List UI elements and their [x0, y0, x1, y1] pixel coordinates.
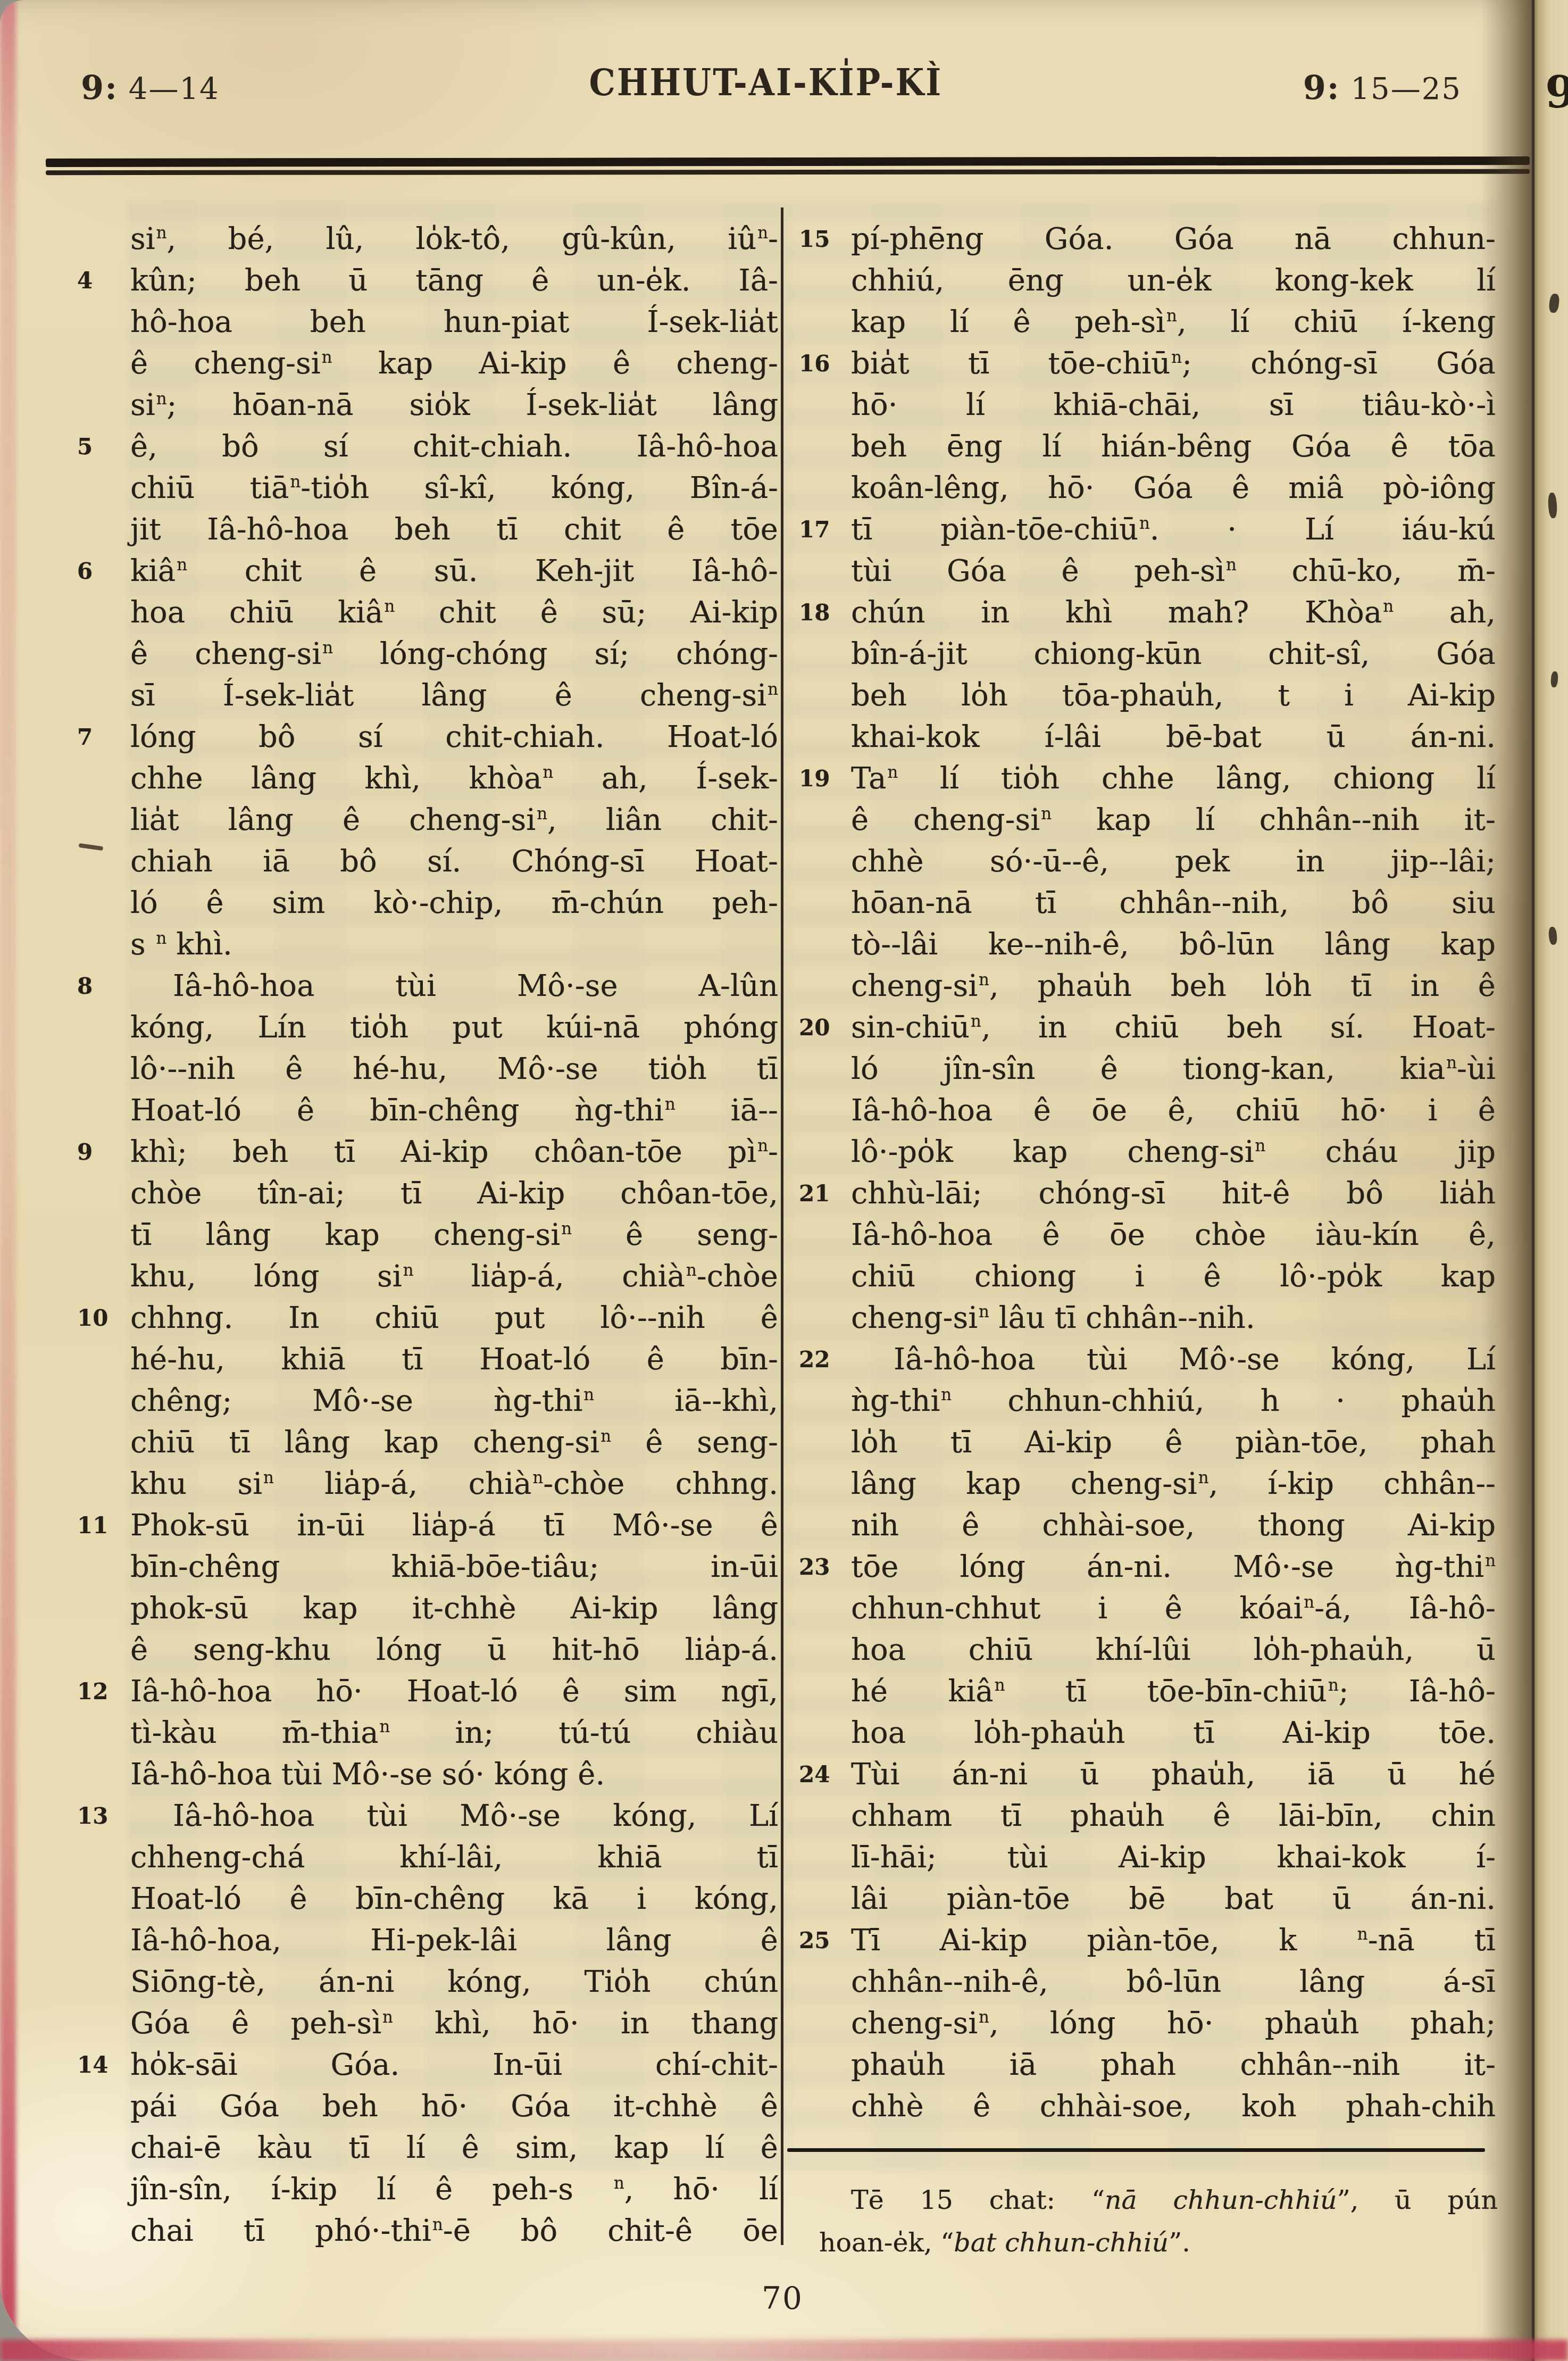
text-line: chhân--nih-ê, bô-lūn lâng á-sī — [851, 1961, 1496, 2003]
text-line: chhe lâng khì, khòan ah, Í-sek- — [130, 758, 778, 800]
line-text: cheng-sin, lóng hō· phau̍h phah; — [851, 2006, 1496, 2041]
text-line: chai-ē kàu tī lí ê sim, kap lí ê — [130, 2127, 778, 2169]
text-line: Iâ-hô-hoa ê ōe chòe iàu-kín ê, — [851, 1215, 1496, 1256]
text-line: ê cheng-sin lóng-chóng sí; chóng- — [130, 634, 778, 675]
line-text: s n khì. — [130, 927, 232, 962]
text-line: ê cheng-sin kap lí chhân--nih it- — [851, 800, 1496, 841]
text-line: 7lóng bô sí chit-chiah. Hoat-ló — [130, 717, 778, 758]
line-text: hé-hu, khiā tī Hoat-ló ê bīn- — [130, 1342, 778, 1377]
verse-number: 15 — [799, 221, 844, 258]
verse-number: 5 — [77, 428, 122, 465]
line-text: lo̍h tī Ai-kip ê piàn-tōe, phah — [851, 1425, 1496, 1460]
line-text: Hoat-ló ê bīn-chêng kā i kóng, — [130, 1882, 778, 1916]
text-line: hoa lo̍h-phau̍h tī Ai-kip tōe. — [851, 1712, 1496, 1754]
line-text: lô·--nih ê hé-hu, Mô·-se tio̍h tī — [130, 1052, 778, 1086]
line-text: chiū tiān-tio̍h sî-kî, kóng, Bîn-á- — [130, 471, 778, 505]
verse-number: 18 — [799, 594, 844, 631]
superscript-n: n — [757, 223, 768, 243]
line-text: chêng; Mô·-se ǹg-thin iā--khì, — [130, 1384, 778, 1418]
line-text: lô·-po̍k kap cheng-sin cháu jip — [851, 1135, 1496, 1169]
line-text: ê cheng-sin kap lí chhân--nih it- — [851, 803, 1496, 837]
column-divider — [781, 207, 783, 2245]
line-text: ê cheng-sin kap Ai-kip ê cheng- — [130, 346, 778, 381]
superscript-n: n — [757, 1136, 768, 1155]
text-line: Hoat-ló ê bīn-chêng kā i kóng, — [130, 1878, 778, 1920]
text-line: chhiú, ēng un-e̍k kong-kek lí — [851, 260, 1496, 302]
line-text: Iâ-hô-hoa ê ōe ê, chiū hō· i ê — [851, 1093, 1496, 1128]
line-text: koân-lêng, hō· Góa ê miâ pò-iông — [851, 471, 1496, 505]
line-text: chhè ê chhài-soe, koh phah-chih — [851, 2089, 1496, 2124]
line-text: pí-phēng Góa. Góa nā chhun- — [851, 222, 1496, 256]
text-line: 14ho̍k-sāi Góa. In-ūi chí-chit- — [130, 2044, 778, 2086]
superscript-n: n — [432, 2215, 443, 2234]
superscript-n: n — [1328, 1676, 1339, 1695]
superscript-n: n — [971, 1012, 981, 1031]
text-line: tì-kàu m̄-thian in; tú-tú chiàu — [130, 1712, 778, 1754]
text-line: 4kûn; beh ū tāng ê un-e̍k. Iâ- — [130, 260, 778, 302]
line-text: Tī Ai-kip piàn-tōe, k n-nā tī — [851, 1923, 1496, 1958]
superscript-n: n — [768, 680, 778, 699]
line-text: ló jîn-sîn ê tiong-kan, kian-ùi — [851, 1052, 1496, 1086]
chapter-verse-ref-right: 9: 15—25 — [1303, 68, 1462, 107]
text-line: 15pí-phēng Góa. Góa nā chhun- — [851, 219, 1496, 260]
partial-glyph — [1547, 493, 1557, 519]
superscript-n: n — [543, 763, 554, 782]
line-text: hô-hoa beh hun-piat Í-sek-lia̍t — [130, 305, 778, 339]
line-text: tī piàn-tōe-chiūn. · Lí iáu-kú — [851, 512, 1496, 547]
superscript-n: n — [1357, 1925, 1368, 1944]
text-line: s n khì. — [130, 924, 778, 966]
page-edge-red-left — [0, 0, 16, 2361]
line-text: chhù-lāi; chóng-sī hit-ê bô lia̍h — [851, 1176, 1496, 1211]
text-line: 24Tùi án-ni ū phau̍h, iā ū hé — [851, 1754, 1496, 1795]
text-line: chiū chiong i ê lô·-po̍k kap — [851, 1256, 1496, 1298]
line-text: lóng bô sí chit-chiah. Hoat-ló — [130, 720, 778, 754]
line-text: sin; hōan-nā sio̍k Í-sek-lia̍t lâng — [130, 388, 778, 422]
superscript-n: n — [537, 804, 547, 824]
superscript-n: n — [532, 1468, 543, 1487]
line-text: Iâ-hô-hoa ê ōe chòe iàu-kín ê, — [851, 1218, 1496, 1252]
line-text: bia̍t tī tōe-chiūn; chóng-sī Góa — [851, 346, 1496, 381]
line-text: Iâ-hô-hoa tùi Mô·-se kóng, Lí — [173, 1799, 778, 1833]
text-line: khai-kok í-lâi bē-bat ū án-ni. — [851, 717, 1496, 758]
text-line: chiū tiān-tio̍h sî-kî, kóng, Bîn-á- — [130, 468, 778, 509]
chapter-verse-ref-left: 9: 4—14 — [81, 68, 220, 107]
text-line: 22Iâ-hô-hoa tùi Mô·-se kóng, Lí — [851, 1339, 1496, 1381]
text-line: 19Tan lí tio̍h chhe lâng, chiong lí — [851, 758, 1496, 800]
superscript-n: n — [290, 472, 301, 492]
page-number: 70 — [762, 2280, 803, 2316]
superscript-n: n — [995, 1676, 1005, 1695]
ink-speck — [79, 843, 104, 851]
text-line: Iâ-hô-hoa ê ōe ê, chiū hō· i ê — [851, 1090, 1496, 1132]
text-line: beh ēng lí hián-bêng Góa ê tōa — [851, 426, 1496, 468]
line-text: tùi Góa ê peh-sìn chū-ko, m̄- — [851, 554, 1496, 588]
footnote: Tē 15 chat: “nā chhun-chhiú”, ū púnhoan-… — [819, 2179, 1498, 2264]
text-line: chhè só·-ū--ê, pek in jip--lâi; — [851, 841, 1496, 883]
superscript-n: n — [979, 1302, 989, 1321]
line-text: hō· lí khiā-chāi, sī tiâu-kò·-ì — [851, 388, 1496, 422]
footnote-line: Tē 15 chat: “nā chhun-chhiú”, ū pún — [819, 2179, 1498, 2222]
superscript-n: n — [979, 2008, 989, 2027]
verse-number: 7 — [77, 719, 122, 756]
verse-number: 25 — [799, 1922, 844, 1959]
line-text: Iâ-hô-hoa tùi Mô·-se kóng, Lí — [894, 1342, 1496, 1377]
verse-number: 10 — [77, 1300, 122, 1337]
verse-number: 12 — [77, 1673, 122, 1710]
text-line: ê cheng-sin kap Ai-kip ê cheng- — [130, 343, 778, 385]
line-text: Tan lí tio̍h chhe lâng, chiong lí — [851, 761, 1496, 796]
line-text: tōe lóng án-ni. Mô·-se ǹg-thin — [851, 1550, 1496, 1584]
text-line: kap lí ê peh-sìn, lí chiū í-keng — [851, 302, 1496, 343]
superscript-n: n — [1383, 597, 1394, 616]
text-line: cheng-sin, lóng hō· phau̍h phah; — [851, 2003, 1496, 2044]
ref-range: 4—14 — [129, 72, 220, 106]
line-text: lia̍t lâng ê cheng-sin, liân chit- — [130, 803, 778, 837]
verse-number: 16 — [799, 345, 844, 383]
line-text: chiah iā bô sí. Chóng-sī Hoat- — [130, 844, 778, 879]
line-text: bîn-á-jit chiong-kūn chit-sî, Góa — [851, 637, 1496, 671]
line-text: tī lâng kap cheng-sin ê seng- — [130, 1218, 778, 1252]
text-line: tùi Góa ê peh-sìn chū-ko, m̄- — [851, 551, 1496, 592]
line-text: Iâ-hô-hoa tùi Mô·-se só· kóng ê. — [130, 1757, 605, 1792]
superscript-n: n — [1198, 1468, 1209, 1487]
text-line: lī-hāi; tùi Ai-kip khai-kok í- — [851, 1837, 1496, 1878]
text-line: 9khì; beh tī Ai-kip chôan-tōe pìn- — [130, 1132, 778, 1173]
line-text: Iâ-hô-hoa tùi Mô·-se A-lûn — [173, 969, 778, 1003]
header-rule-line — [46, 156, 1530, 167]
footnote-rule — [787, 2148, 1485, 2152]
text-line: jit Iâ-hô-hoa beh tī chit ê tōe — [130, 509, 778, 551]
superscript-n: n — [583, 1385, 594, 1404]
line-text: lâng kap cheng-sin, í-kip chhân-- — [851, 1467, 1496, 1501]
text-line: nih ê chhài-soe, thong Ai-kip — [851, 1505, 1496, 1547]
superscript-n: n — [1041, 804, 1052, 824]
text-line: koân-lêng, hō· Góa ê miâ pò-iông — [851, 468, 1496, 509]
line-text: cheng-sin, phau̍h beh lo̍h tī in ê — [851, 969, 1496, 1003]
text-line: ǹg-thin chhun-chhiú, h · phau̍h — [851, 1381, 1496, 1422]
text-line: hé-hu, khiā tī Hoat-ló ê bīn- — [130, 1339, 778, 1381]
text-line: sin, bé, lû, lo̍k-tô, gû-kûn, iûn- — [130, 219, 778, 260]
superscript-n: n — [941, 1385, 952, 1404]
superscript-n: n — [322, 638, 333, 658]
text-line: pái Góa beh hō· Góa it-chhè ê — [130, 2086, 778, 2127]
line-text: chòe tîn-ai; tī Ai-kip chôan-tōe, — [130, 1176, 778, 1211]
line-text: sin, bé, lû, lo̍k-tô, gû-kûn, iûn- — [130, 222, 778, 256]
footnote-line: hoan-e̍k, “bat chhun-chhiú”. — [819, 2222, 1498, 2264]
line-text: nih ê chhài-soe, thong Ai-kip — [851, 1508, 1496, 1543]
next-page-edge: 9 — [1532, 0, 1568, 2361]
superscript-n: n — [263, 1468, 274, 1487]
line-text: phau̍h iā phah chhân--nih it- — [851, 2048, 1496, 2082]
text-line: hoa chiū kiân chit ê sū; Ai-kip — [130, 592, 778, 634]
superscript-n: n — [384, 597, 395, 616]
ref-range: 15—25 — [1350, 72, 1462, 106]
line-text: sī Í-sek-lia̍t lâng ê cheng-sin — [130, 678, 778, 713]
partial-glyph — [1548, 293, 1560, 313]
superscript-n: n — [561, 1219, 572, 1238]
line-text: chhiú, ēng un-e̍k kong-kek lí — [851, 263, 1496, 298]
text-line: lâi piàn-tōe bē bat ū án-ni. — [851, 1878, 1496, 1920]
superscript-n: n — [382, 2008, 393, 2027]
line-text: hoa chiū khí-lûi lo̍h-phau̍h, ū — [851, 1633, 1496, 1667]
line-text: ho̍k-sāi Góa. In-ūi chí-chit- — [130, 2048, 778, 2082]
line-text: ê seng-khu lóng ū hit-hō lia̍p-á. — [130, 1633, 778, 1667]
text-line: chham tī phau̍h ê lāi-bīn, chin — [851, 1795, 1496, 1837]
line-text: hoa lo̍h-phau̍h tī Ai-kip tōe. — [851, 1716, 1496, 1750]
text-line: Iâ-hô-hoa, Hi-pek-lâi lâng ê — [130, 1920, 778, 1961]
line-text: bīn-chêng khiā-bōe-tiâu; in-ūi — [130, 1550, 778, 1584]
header-rule-line — [46, 169, 1530, 175]
text-line: 12Iâ-hô-hoa hō· Hoat-ló ê sim ngī, — [130, 1671, 778, 1712]
text-line: 8Iâ-hô-hoa tùi Mô·-se A-lûn — [130, 966, 778, 1007]
book-page: 9: 4—14 CHHUT-AI-KI̍P-KÌ 9: 15—25 sin, b… — [0, 0, 1532, 2361]
superscript-n: n — [156, 389, 167, 409]
line-text: ǹg-thin chhun-chhiú, h · phau̍h — [851, 1384, 1496, 1418]
line-text: tò--lâi ke--nih-ê, bô-lūn lâng kap — [851, 927, 1496, 962]
verse-number: 17 — [799, 511, 844, 548]
text-line: lô·-po̍k kap cheng-sin cháu jip — [851, 1132, 1496, 1173]
text-line: chheng-chá khí-lâi, khiā tī — [130, 1837, 778, 1878]
text-line: lâng kap cheng-sin, í-kip chhân-- — [851, 1464, 1496, 1505]
text-line: lo̍h tī Ai-kip ê piàn-tōe, phah — [851, 1422, 1496, 1464]
text-line: 6kiân chit ê sū. Keh-jit Iâ-hô- — [130, 551, 778, 592]
verse-number: 8 — [77, 968, 122, 1005]
line-text: jit Iâ-hô-hoa beh tī chit ê tōe — [130, 512, 778, 547]
text-line: jîn-sîn, í-kip lí ê peh-s n, hō· lí — [130, 2169, 778, 2210]
verse-number: 22 — [799, 1341, 844, 1378]
verse-number: 21 — [799, 1175, 844, 1212]
partial-glyph — [1548, 926, 1557, 945]
line-text: tì-kàu m̄-thian in; tú-tú chiàu — [130, 1716, 778, 1750]
text-line: chhun-chhut i ê kóain-á, Iâ-hô- — [851, 1588, 1496, 1630]
line-text: sin-chiūn, in chiū beh sí. Hoat- — [851, 1010, 1496, 1045]
text-line: cheng-sin lâu tī chhân--nih. — [851, 1298, 1496, 1339]
text-line: khu sin lia̍p-á, chiàn-chòe chhng. — [130, 1464, 778, 1505]
superscript-n: n — [322, 348, 332, 367]
text-line: bîn-á-jit chiong-kūn chit-sî, Góa — [851, 634, 1496, 675]
text-line: lô·--nih ê hé-hu, Mô·-se tio̍h tī — [130, 1049, 778, 1090]
text-line: bīn-chêng khiā-bōe-tiâu; in-ūi — [130, 1547, 778, 1588]
superscript-n: n — [156, 223, 167, 243]
text-line: chêng; Mô·-se ǹg-thin iā--khì, — [130, 1381, 778, 1422]
text-line: chhè ê chhài-soe, koh phah-chih — [851, 2086, 1496, 2127]
next-page-header-fragment: 9 — [1545, 67, 1568, 118]
text-line: 20sin-chiūn, in chiū beh sí. Hoat- — [851, 1007, 1496, 1049]
line-text: chai-ē kàu tī lí ê sim, kap lí ê — [130, 2131, 778, 2165]
line-text: Iâ-hô-hoa, Hi-pek-lâi lâng ê — [130, 1923, 778, 1958]
line-text: beh lo̍h tōa-phau̍h, t i Ai-kip — [851, 678, 1496, 713]
text-column-right: 15pí-phēng Góa. Góa nā chhun-chhiú, ēng … — [851, 219, 1496, 2127]
text-line: khu, lóng sin lia̍p-á, chiàn-chòe — [130, 1256, 778, 1298]
line-text: kûn; beh ū tāng ê un-e̍k. Iâ- — [130, 263, 778, 298]
line-text: chhân--nih-ê, bô-lūn lâng á-sī — [851, 1965, 1496, 1999]
superscript-n: n — [403, 1261, 414, 1280]
line-text: chham tī phau̍h ê lāi-bīn, chin — [851, 1799, 1496, 1833]
superscript-n: n — [156, 929, 167, 948]
line-text: lī-hāi; tùi Ai-kip khai-kok í- — [851, 1840, 1496, 1875]
ref-chapter: 9: — [1303, 68, 1340, 107]
line-text: khì; beh tī Ai-kip chôan-tōe pìn- — [130, 1135, 778, 1169]
superscript-n: n — [380, 1717, 390, 1736]
scan-background: { "page": { "header": { "left_ref": { "c… — [0, 0, 1568, 2361]
text-line: tò--lâi ke--nih-ê, bô-lūn lâng kap — [851, 924, 1496, 966]
verse-number: 4 — [77, 262, 122, 300]
line-text: ê, bô sí chit-chiah. Iâ-hô-hoa — [130, 429, 778, 464]
line-text: hé kiân tī tōe-bīn-chiūn; Iâ-hô- — [851, 1674, 1496, 1709]
line-text: phok-sū kap it-chhè Ai-kip lâng — [130, 1591, 778, 1626]
text-line: phok-sū kap it-chhè Ai-kip lâng — [130, 1588, 778, 1630]
text-line: 17tī piàn-tōe-chiūn. · Lí iáu-kú — [851, 509, 1496, 551]
line-text: beh ēng lí hián-bêng Góa ê tōa — [851, 429, 1496, 464]
line-text: chai tī phó·-thin-ē bô chit-ê ōe — [130, 2214, 778, 2248]
text-line: cheng-sin, phau̍h beh lo̍h tī in ê — [851, 966, 1496, 1007]
line-text: jîn-sîn, í-kip lí ê peh-s n, hō· lí — [130, 2172, 778, 2207]
line-text: Tùi án-ni ū phau̍h, iā ū hé — [851, 1757, 1496, 1792]
line-text: chiū chiong i ê lô·-po̍k kap — [851, 1259, 1496, 1294]
line-text: ló ê sim kò·-chip, m̄-chún peh- — [130, 886, 778, 920]
text-line: 13Iâ-hô-hoa tùi Mô·-se kóng, Lí — [130, 1795, 778, 1837]
text-line: Góa ê peh-sìn khì, hō· in thang — [130, 2003, 778, 2044]
line-text: khu sin lia̍p-á, chiàn-chòe chhng. — [130, 1467, 778, 1501]
superscript-n: n — [1485, 1551, 1496, 1570]
line-text: khu, lóng sin lia̍p-á, chiàn-chòe — [130, 1259, 778, 1294]
line-text: Hoat-ló ê bīn-chêng ǹg-thin iā-- — [130, 1093, 778, 1128]
verse-number: 13 — [77, 1798, 122, 1835]
line-text: chún in khì mah? Khòan ah, — [851, 595, 1496, 630]
line-text: chhun-chhut i ê kóain-á, Iâ-hô- — [851, 1591, 1496, 1626]
line-text: chhng. In chiū put lô·--nih ê — [130, 1301, 778, 1335]
text-line: Iâ-hô-hoa tùi Mô·-se só· kóng ê. — [130, 1754, 778, 1795]
text-line: hōan-nā tī chhân--nih, bô siu — [851, 883, 1496, 924]
superscript-n: n — [1304, 1593, 1314, 1612]
superscript-n: n — [1255, 1136, 1266, 1155]
text-line: 16bia̍t tī tōe-chiūn; chóng-sī Góa — [851, 343, 1496, 385]
line-text: cheng-sin lâu tī chhân--nih. — [851, 1301, 1255, 1335]
line-text: khai-kok í-lâi bē-bat ū án-ni. — [851, 720, 1496, 754]
text-line: chai tī phó·-thin-ē bô chit-ê ōe — [130, 2210, 778, 2252]
text-line: phau̍h iā phah chhân--nih it- — [851, 2044, 1496, 2086]
superscript-n: n — [1226, 555, 1237, 575]
verse-number: 9 — [77, 1134, 122, 1171]
text-line: hô-hoa beh hun-piat Í-sek-lia̍t — [130, 302, 778, 343]
line-text: Iâ-hô-hoa hō· Hoat-ló ê sim ngī, — [130, 1674, 778, 1709]
line-text: kap lí ê peh-sìn, lí chiū í-keng — [851, 305, 1496, 339]
superscript-n: n — [614, 2174, 624, 2193]
superscript-n: n — [665, 1095, 675, 1114]
line-text: hoa chiū kiân chit ê sū; Ai-kip — [130, 595, 778, 630]
text-line: lia̍t lâng ê cheng-sin, liân chit- — [130, 800, 778, 841]
superscript-n: n — [177, 555, 187, 575]
line-text: pái Góa beh hō· Góa it-chhè ê — [130, 2089, 778, 2124]
text-line: 10chhng. In chiū put lô·--nih ê — [130, 1298, 778, 1339]
page-edge-red-bottom — [0, 2340, 1568, 2361]
line-text: lâi piàn-tōe bē bat ū án-ni. — [851, 1882, 1496, 1916]
text-line: 25Tī Ai-kip piàn-tōe, k n-nā tī — [851, 1920, 1496, 1961]
verse-number: 24 — [799, 1756, 844, 1793]
line-text: chiū tī lâng kap cheng-sin ê seng- — [130, 1425, 778, 1460]
text-line: beh lo̍h tōa-phau̍h, t i Ai-kip — [851, 675, 1496, 717]
ref-chapter: 9: — [81, 68, 118, 107]
partial-glyph — [1550, 671, 1558, 688]
text-line: 18chún in khì mah? Khòan ah, — [851, 592, 1496, 634]
verse-number: 19 — [799, 760, 844, 797]
superscript-n: n — [1171, 348, 1182, 367]
verse-number: 11 — [77, 1507, 122, 1544]
verse-number: 14 — [77, 2047, 122, 2084]
text-line: 5ê, bô sí chit-chiah. Iâ-hô-hoa — [130, 426, 778, 468]
line-text: hōan-nā tī chhân--nih, bô siu — [851, 886, 1496, 920]
text-line: 21chhù-lāi; chóng-sī hit-ê bô lia̍h — [851, 1173, 1496, 1215]
line-text: chhè só·-ū--ê, pek in jip--lâi; — [851, 844, 1496, 879]
text-line: chòe tîn-ai; tī Ai-kip chôan-tōe, — [130, 1173, 778, 1215]
line-text: kiân chit ê sū. Keh-jit Iâ-hô- — [130, 554, 778, 588]
superscript-n: n — [887, 763, 898, 782]
superscript-n: n — [686, 1261, 697, 1280]
superscript-n: n — [600, 1427, 611, 1446]
header-rule — [46, 157, 1530, 177]
text-line: Siōng-tè, án-ni kóng, Tio̍h chún — [130, 1961, 778, 2003]
text-line: chiū tī lâng kap cheng-sin ê seng- — [130, 1422, 778, 1464]
text-line: ló ê sim kò·-chip, m̄-chún peh- — [130, 883, 778, 924]
line-text: Phok-sū in-ūi lia̍p-á tī Mô·-se ê — [130, 1508, 778, 1543]
text-line: hō· lí khiā-chāi, sī tiâu-kò·-ì — [851, 385, 1496, 426]
superscript-n: n — [1166, 306, 1177, 326]
verse-number: 20 — [799, 1009, 844, 1046]
text-line: ê seng-khu lóng ū hit-hō lia̍p-á. — [130, 1630, 778, 1671]
text-line: ló jîn-sîn ê tiong-kan, kian-ùi — [851, 1049, 1496, 1090]
verse-number: 6 — [77, 553, 122, 590]
text-line: chiah iā bô sí. Chóng-sī Hoat- — [130, 841, 778, 883]
text-line: tī lâng kap cheng-sin ê seng- — [130, 1215, 778, 1256]
line-text: chheng-chá khí-lâi, khiā tī — [130, 1840, 778, 1875]
verse-number: 23 — [799, 1549, 844, 1586]
text-column-left: sin, bé, lû, lo̍k-tô, gû-kûn, iûn-4kûn; … — [130, 219, 778, 2252]
line-text: Góa ê peh-sìn khì, hō· in thang — [130, 2006, 778, 2041]
text-line: sī Í-sek-lia̍t lâng ê cheng-sin — [130, 675, 778, 717]
line-text: ê cheng-sin lóng-chóng sí; chóng- — [130, 637, 778, 671]
text-line: kóng, Lín tio̍h put kúi-nā phóng — [130, 1007, 778, 1049]
text-line: hé kiân tī tōe-bīn-chiūn; Iâ-hô- — [851, 1671, 1496, 1712]
page-title: CHHUT-AI-KI̍P-KÌ — [527, 61, 1005, 104]
text-line: hoa chiū khí-lûi lo̍h-phau̍h, ū — [851, 1630, 1496, 1671]
line-text: Siōng-tè, án-ni kóng, Tio̍h chún — [130, 1965, 778, 1999]
text-line: sin; hōan-nā sio̍k Í-sek-lia̍t lâng — [130, 385, 778, 426]
line-text: kóng, Lín tio̍h put kúi-nā phóng — [130, 1010, 778, 1045]
superscript-n: n — [979, 970, 989, 990]
text-line: 23tōe lóng án-ni. Mô·-se ǹg-thin — [851, 1547, 1496, 1588]
text-line: 11Phok-sū in-ūi lia̍p-á tī Mô·-se ê — [130, 1505, 778, 1547]
superscript-n: n — [1139, 514, 1150, 533]
line-text: chhe lâng khì, khòan ah, Í-sek- — [130, 761, 778, 796]
text-line: Hoat-ló ê bīn-chêng ǹg-thin iā-- — [130, 1090, 778, 1132]
superscript-n: n — [1446, 1053, 1457, 1073]
